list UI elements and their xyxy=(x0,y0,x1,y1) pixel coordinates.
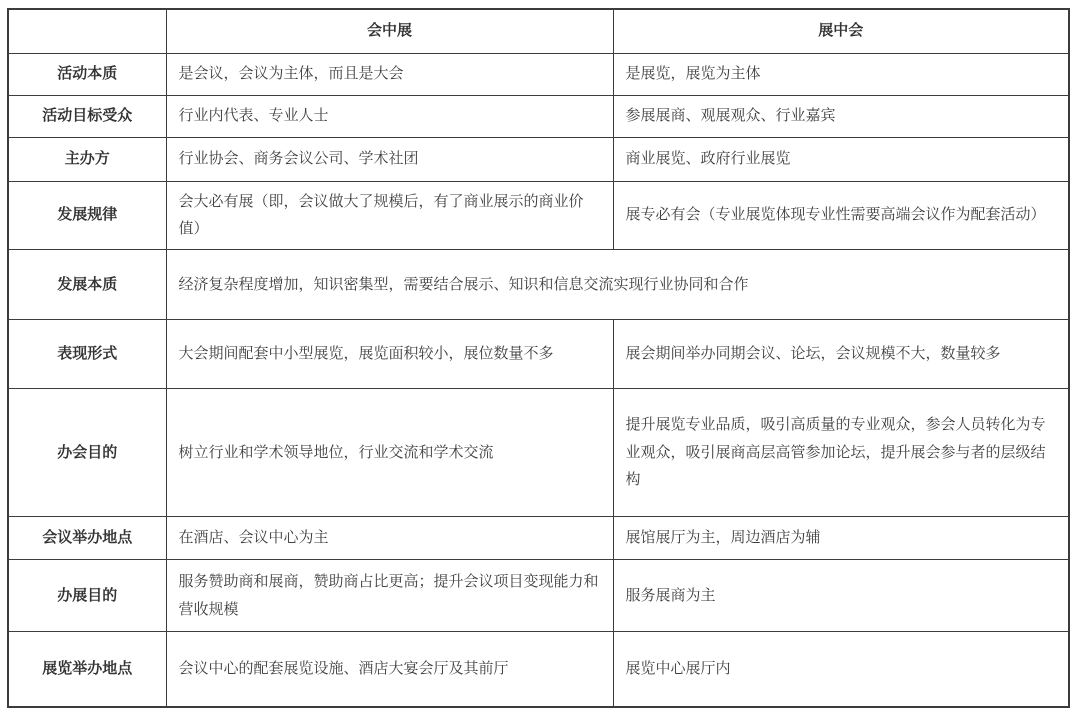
table-row: 主办方 行业协会、商务会议公司、学术社团 商业展览、政府行业展览 xyxy=(8,137,1069,181)
cell-zhanzhonghui: 展专必有会（专业展览体现专业性需要高端会议作为配套活动） xyxy=(613,181,1069,250)
row-label: 发展规律 xyxy=(8,181,166,250)
table-row: 办会目的 树立行业和学术领导地位，行业交流和学术交流 提升展览专业品质，吸引高质… xyxy=(8,389,1069,517)
cell-zhanzhonghui: 展览中心展厅内 xyxy=(613,632,1069,707)
cell-zhanzhonghui: 提升展览专业品质，吸引高质量的专业观众，参会人员转化为专业观众，吸引展商高层高管… xyxy=(613,389,1069,517)
cell-zhanzhonghui: 商业展览、政府行业展览 xyxy=(613,137,1069,181)
row-label: 发展本质 xyxy=(8,250,166,320)
header-zhanzhonghui: 展中会 xyxy=(613,9,1069,53)
cell-spanning-both: 经济复杂程度增加，知识密集型，需要结合展示、知识和信息交流实现行业协同和合作 xyxy=(166,250,1069,320)
cell-huizhongzhan: 树立行业和学术领导地位，行业交流和学术交流 xyxy=(166,389,613,517)
table-row: 活动本质 是会议，会议为主体，而且是大会 是展览，展览为主体 xyxy=(8,53,1069,95)
cell-huizhongzhan: 在酒店、会议中心为主 xyxy=(166,517,613,560)
row-label: 展览举办地点 xyxy=(8,632,166,707)
comparison-table: 会中展 展中会 活动本质 是会议，会议为主体，而且是大会 是展览，展览为主体 活… xyxy=(7,8,1070,708)
cell-huizhongzhan: 会大必有展（即，会议做大了规模后，有了商业展示的商业价值） xyxy=(166,181,613,250)
header-huizhongzhan: 会中展 xyxy=(166,9,613,53)
cell-huizhongzhan: 是会议，会议为主体，而且是大会 xyxy=(166,53,613,95)
row-label: 办展目的 xyxy=(8,560,166,632)
cell-huizhongzhan: 会议中心的配套展览设施、酒店大宴会厅及其前厅 xyxy=(166,632,613,707)
cell-huizhongzhan: 服务赞助商和展商，赞助商占比更高；提升会议项目变现能力和营收规模 xyxy=(166,560,613,632)
row-label: 主办方 xyxy=(8,137,166,181)
table-row: 表现形式 大会期间配套中小型展览，展览面积较小，展位数量不多 展会期间举办同期会… xyxy=(8,320,1069,389)
table-row: 发展本质 经济复杂程度增加，知识密集型，需要结合展示、知识和信息交流实现行业协同… xyxy=(8,250,1069,320)
row-label: 会议举办地点 xyxy=(8,517,166,560)
row-label: 活动本质 xyxy=(8,53,166,95)
cell-zhanzhonghui: 是展览，展览为主体 xyxy=(613,53,1069,95)
cell-huizhongzhan: 大会期间配套中小型展览，展览面积较小，展位数量不多 xyxy=(166,320,613,389)
row-label: 办会目的 xyxy=(8,389,166,517)
table-row: 发展规律 会大必有展（即，会议做大了规模后，有了商业展示的商业价值） 展专必有会… xyxy=(8,181,1069,250)
header-empty-cell xyxy=(8,9,166,53)
table-row: 活动目标受众 行业内代表、专业人士 参展展商、观展观众、行业嘉宾 xyxy=(8,95,1069,137)
cell-zhanzhonghui: 展会期间举办同期会议、论坛，会议规模不大，数量较多 xyxy=(613,320,1069,389)
cell-zhanzhonghui: 参展展商、观展观众、行业嘉宾 xyxy=(613,95,1069,137)
table-row: 办展目的 服务赞助商和展商，赞助商占比更高；提升会议项目变现能力和营收规模 服务… xyxy=(8,560,1069,632)
cell-huizhongzhan: 行业协会、商务会议公司、学术社团 xyxy=(166,137,613,181)
table-row: 会议举办地点 在酒店、会议中心为主 展馆展厅为主，周边酒店为辅 xyxy=(8,517,1069,560)
cell-huizhongzhan: 行业内代表、专业人士 xyxy=(166,95,613,137)
row-label: 活动目标受众 xyxy=(8,95,166,137)
cell-zhanzhonghui: 展馆展厅为主，周边酒店为辅 xyxy=(613,517,1069,560)
header-row: 会中展 展中会 xyxy=(8,9,1069,53)
cell-zhanzhonghui: 服务展商为主 xyxy=(613,560,1069,632)
row-label: 表现形式 xyxy=(8,320,166,389)
table-row: 展览举办地点 会议中心的配套展览设施、酒店大宴会厅及其前厅 展览中心展厅内 xyxy=(8,632,1069,707)
